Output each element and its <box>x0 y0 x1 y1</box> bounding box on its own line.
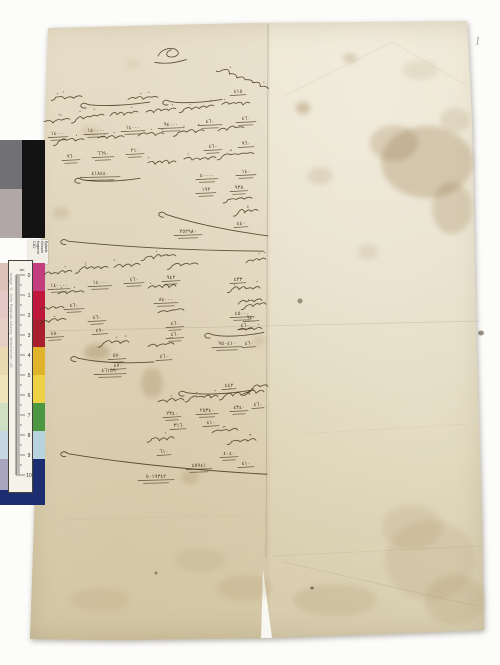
ruler-number: 0 <box>28 273 31 279</box>
ruler-number: 10 <box>26 473 32 479</box>
ruler-number: 2 <box>28 313 31 319</box>
ruler-unit-label: cm <box>20 268 25 272</box>
gray-patch <box>0 140 22 189</box>
paper-sheet <box>26 18 488 642</box>
ruler-number: 3 <box>28 333 31 339</box>
ruler: Image © John Rylands Library, Manchester… <box>8 260 33 493</box>
manuscript-paper <box>26 18 488 642</box>
label-line: Rylands <box>44 241 48 264</box>
ruler-number: 6 <box>28 393 31 399</box>
digitization-photo: Rylands Genizah fragment C112 Image © Jo… <box>0 0 500 665</box>
ruler-number: 8 <box>28 433 31 439</box>
ruler-number: 4 <box>28 353 31 359</box>
label-line: fragment <box>36 241 40 264</box>
label-line: Genizah <box>40 241 44 264</box>
ruler-number: 1 <box>28 293 31 299</box>
ruler-number: 7 <box>28 413 31 419</box>
ruler-scale: 012345678910cm <box>9 261 34 492</box>
black-patch <box>22 140 45 238</box>
ruler-number: 9 <box>28 453 31 459</box>
color-calibration-bar: Rylands Genizah fragment C112 Image © Jo… <box>0 140 45 505</box>
grayscale-patches <box>0 140 22 238</box>
ruler-number: 5 <box>28 373 31 379</box>
gray-patch <box>0 189 22 238</box>
left-leaf-tone <box>26 18 270 642</box>
